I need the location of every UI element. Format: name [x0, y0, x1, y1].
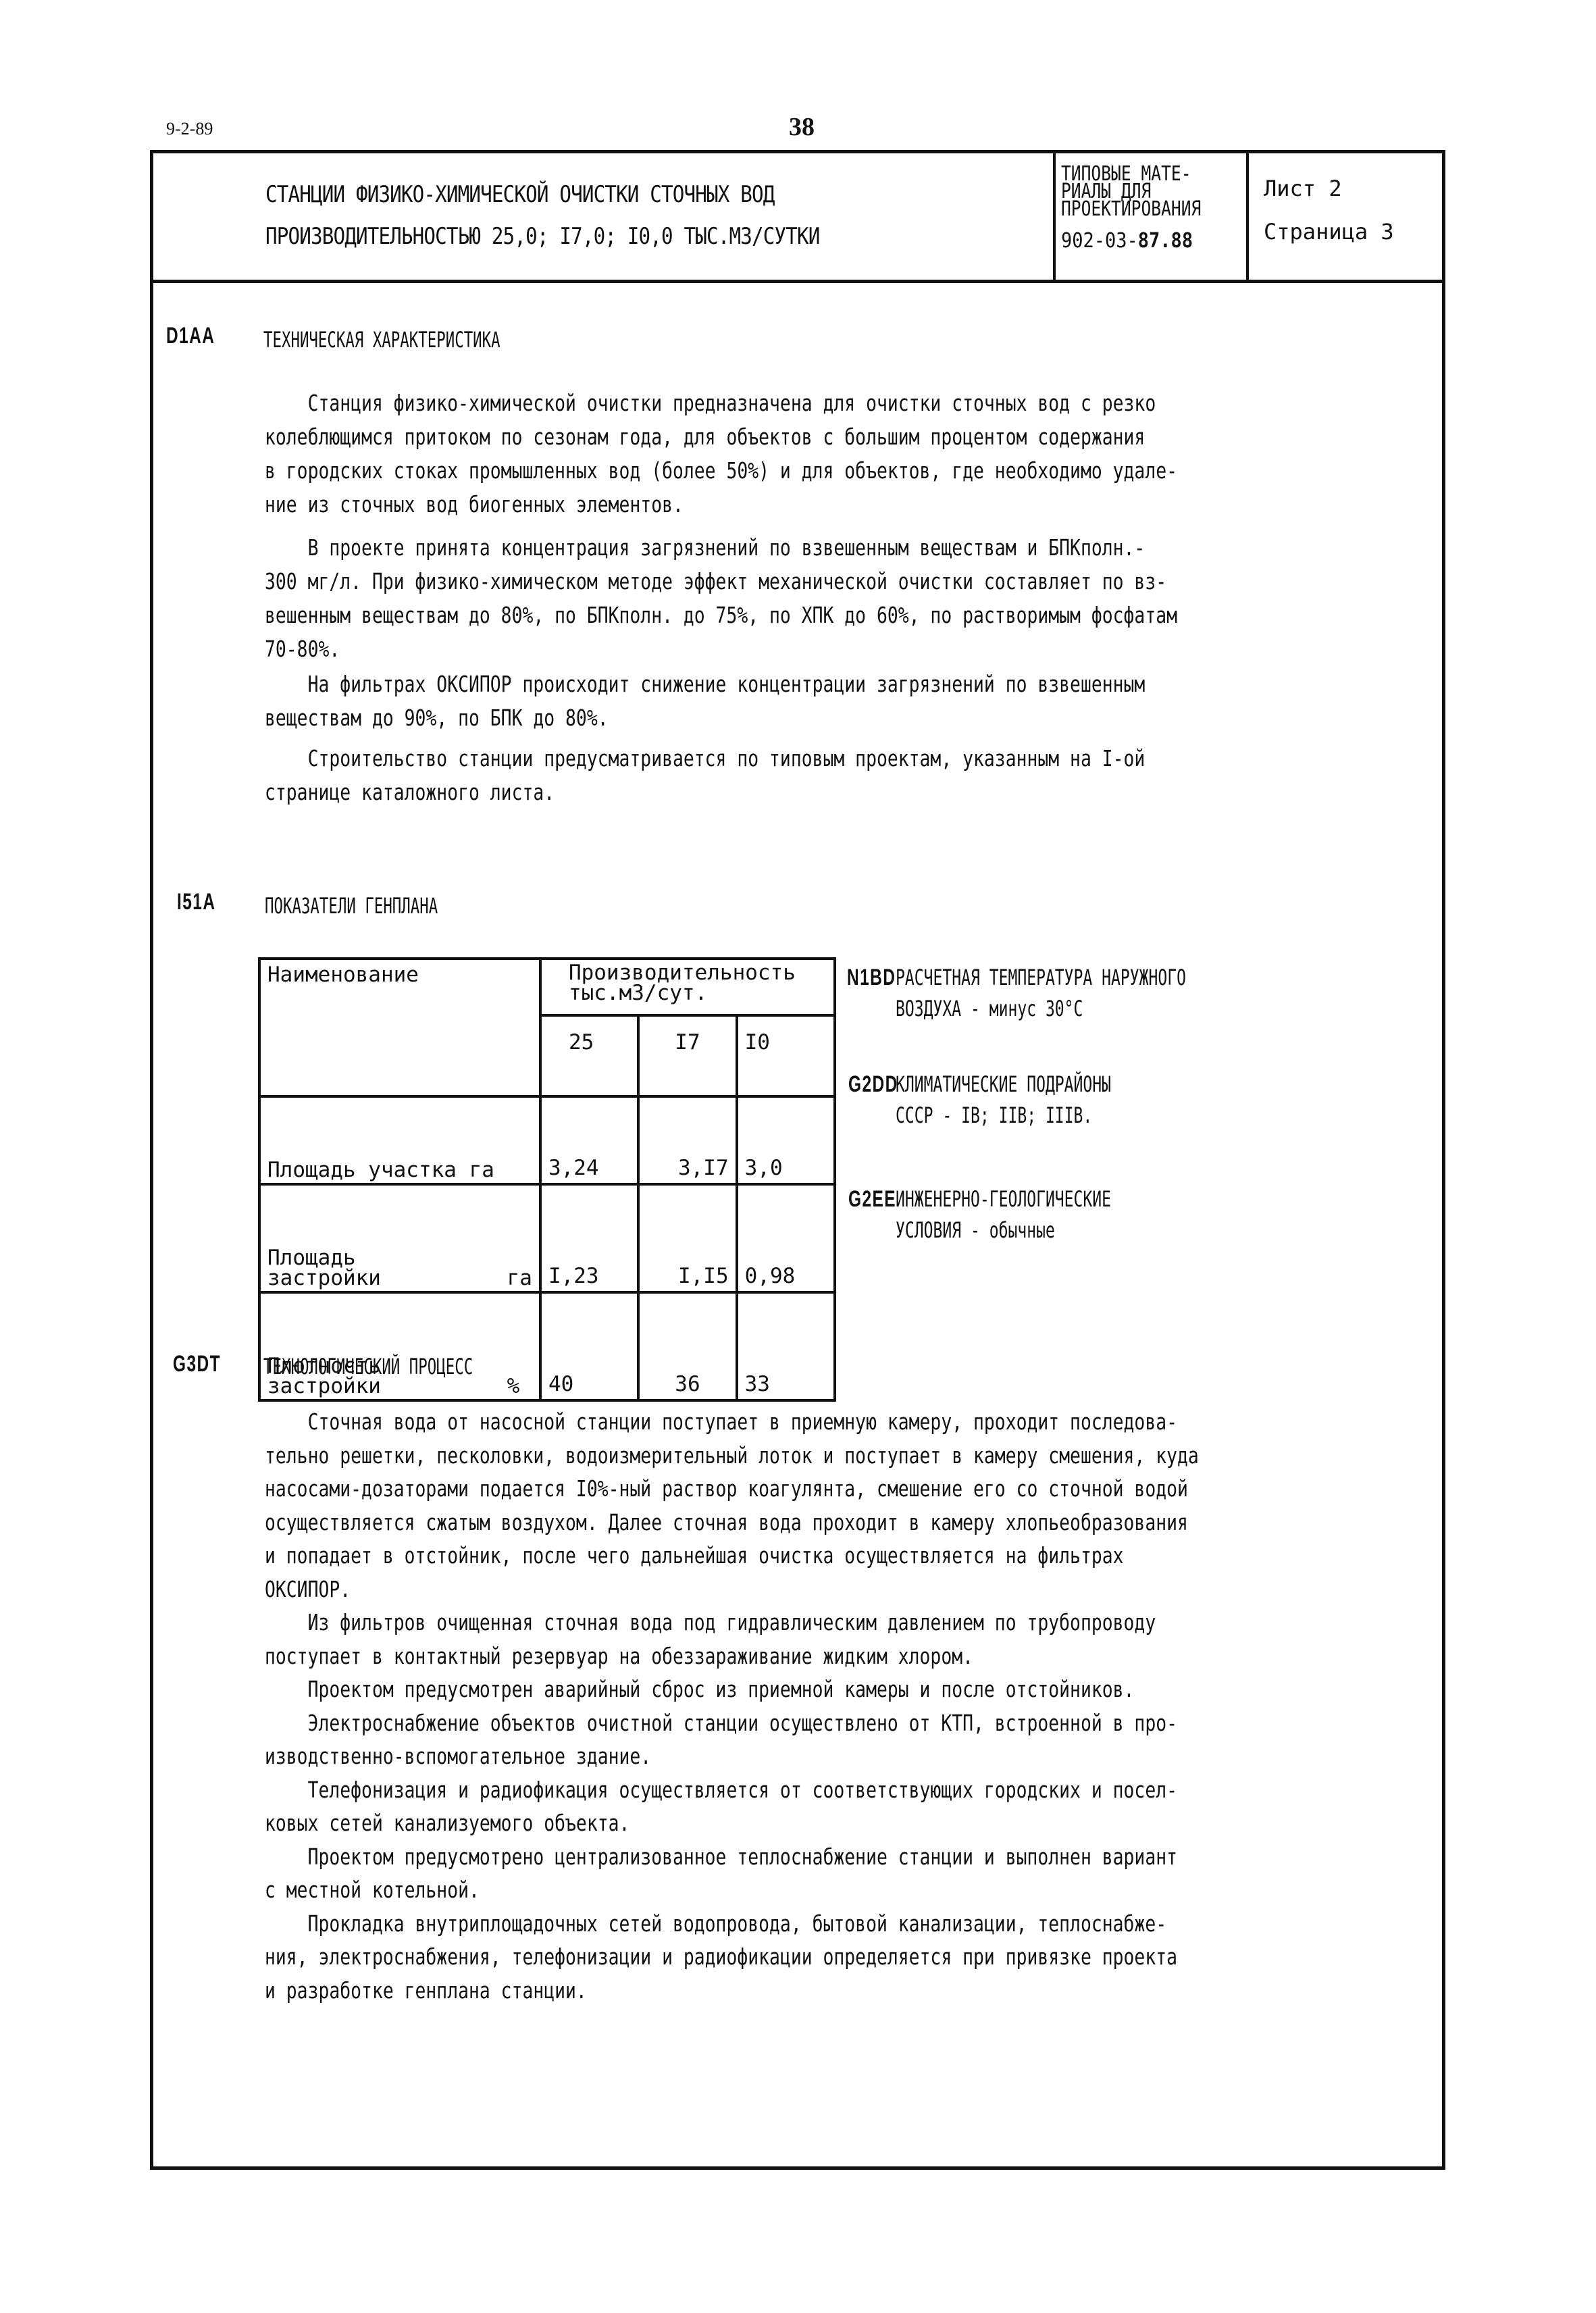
type-label: ТИПОВЫЕ МАТЕ- РИАЛЫ ДЛЯ ПРОЕКТИРОВАНИЯ — [1061, 166, 1208, 218]
side-text-geology: ИНЖЕНЕРНО-ГЕОЛОГИЧЕСКИЕ УСЛОВИЯ - обычны… — [896, 1184, 1111, 1246]
title-line-1: СТАНЦИИ ФИЗИКО-ХИМИЧЕСКОЙ ОЧИСТКИ СТОЧНЫ… — [265, 174, 819, 215]
sheet-cell: Лист 2 Страница 3 — [1249, 153, 1442, 293]
section-code-process: G3DT — [173, 1351, 221, 1377]
side-text-temperature: РАСЧЕТНАЯ ТЕМПЕРАТУРА НАРУЖНОГО ВОЗДУХА … — [896, 962, 1186, 1024]
title-line-2: ПРОИЗВОДИТЕЛЬНОСТЬЮ 25,0; I7,0; I0,0 ТЫС… — [265, 215, 819, 257]
page-ref: Страница 3 — [1264, 210, 1442, 253]
cell-value: 3,24 — [540, 1096, 638, 1184]
project-code-suffix: 87.88 — [1138, 229, 1193, 253]
title-block: СТАНЦИИ ФИЗИКО-ХИМИЧЕСКОЙ ОЧИСТКИ СТОЧНЫ… — [153, 153, 1442, 283]
cell-value: 36 — [638, 1292, 736, 1400]
cell-value: 3,I7 — [638, 1096, 736, 1184]
section-title-process: ТЕХНОЛОГИЧЕСКИЙ ПРОЦЕСС — [263, 1354, 473, 1379]
col-header-name-text: Наименование — [267, 963, 419, 987]
section-code-genplan: I51A — [177, 889, 215, 915]
side-code-temperature: N1BD — [847, 965, 896, 991]
side-code-climate: G2DD — [848, 1071, 898, 1098]
project-code: 902-03-87.88 — [1061, 229, 1222, 253]
cell-value: 40 — [540, 1292, 638, 1400]
row-label: Площадь участка га — [259, 1096, 540, 1184]
sheet-number: Лист 2 — [1264, 167, 1442, 210]
document-title: СТАНЦИИ ФИЗИКО-ХИМИЧЕСКОЙ ОЧИСТКИ СТОЧНЫ… — [265, 174, 819, 257]
type-cell: ТИПОВЫЕ МАТЕ- РИАЛЫ ДЛЯ ПРОЕКТИРОВАНИЯ 9… — [1053, 153, 1249, 280]
row-label: Площадь застройки га — [259, 1184, 540, 1292]
capacity-10: I0 — [737, 1015, 835, 1096]
side-code-geology: G2EE — [848, 1186, 896, 1213]
side-text-climate: КЛИМАТИЧЕСКИЕ ПОДРАЙОНЫ СССР - IВ; IIВ; … — [896, 1069, 1111, 1131]
tech-paragraph-1: Станция физико-химической очистки предна… — [265, 386, 1177, 522]
tech-paragraph-3: На фильтрах ОКСИПОР происходит снижение … — [265, 667, 1145, 735]
col-header-capacity: Производительность тыс.м3/сут. — [540, 959, 835, 1015]
table-row: Площадь застройки га I,23 I,I5 0,98 — [259, 1184, 835, 1292]
genplan-table: Наименование Производительность тыс.м3/с… — [258, 957, 836, 1402]
capacity-17: I7 — [638, 1015, 736, 1096]
cell-value: 33 — [737, 1292, 835, 1400]
col-header-name: Наименование — [259, 959, 540, 1096]
cell-value: 0,98 — [737, 1184, 835, 1292]
section-code-tech: D1AA — [166, 323, 215, 349]
process-text: Сточная вода от насосной станции поступа… — [265, 1405, 1199, 2007]
table-row: Площадь участка га 3,24 3,I7 3,0 — [259, 1096, 835, 1184]
section-title-genplan: ПОКАЗАТЕЛИ ГЕНПЛАНА — [265, 893, 438, 919]
capacity-25: 25 — [540, 1015, 638, 1096]
row-label: Плотность застройки % — [259, 1292, 540, 1400]
tech-paragraph-4: Строительство станции предусматривается … — [265, 742, 1145, 809]
document-code: 9-2-89 — [166, 119, 213, 139]
cell-value: I,I5 — [638, 1184, 736, 1292]
page-number: 38 — [789, 112, 815, 142]
table-row: Плотность застройки % 40 36 33 — [259, 1292, 835, 1400]
section-title-tech: ТЕХНИЧЕСКАЯ ХАРАКТЕРИСТИКА — [263, 327, 500, 353]
tech-paragraph-2: В проекте принята концентрация загрязнен… — [265, 531, 1177, 666]
cell-value: 3,0 — [737, 1096, 835, 1184]
project-code-prefix: 902-03- — [1061, 229, 1138, 253]
cell-value: I,23 — [540, 1184, 638, 1292]
